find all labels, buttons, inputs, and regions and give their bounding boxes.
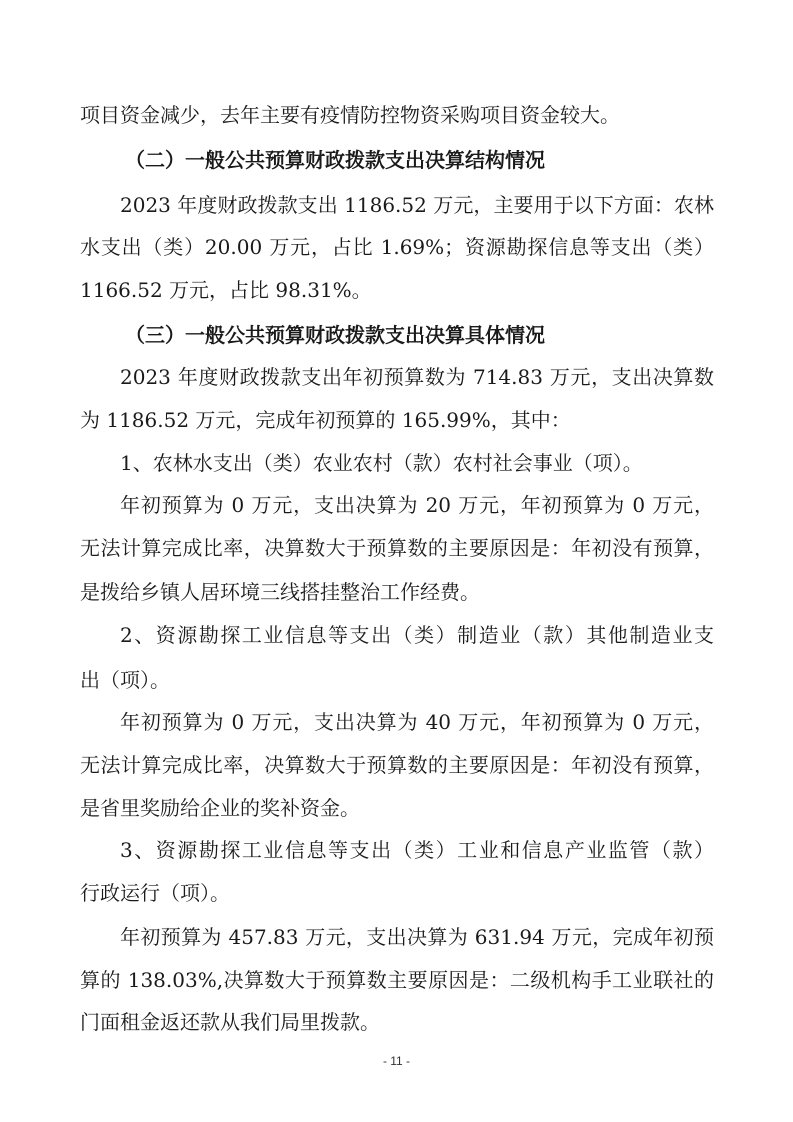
paragraph-line: 无法计算完成比率，决算数大于预算数的主要原因是：年初没有预算， xyxy=(80,751,714,779)
page-number: - 11 - xyxy=(0,1054,793,1068)
paragraph-line: 是拨给乡镇人居环境三线搭挂整治工作经费。 xyxy=(80,578,714,606)
paragraph-line: 年初预算为 0 万元，支出决算为 40 万元，年初预算为 0 万元， xyxy=(120,708,714,736)
section-heading-2: （二）一般公共预算财政拨款支出决算结构情况 xyxy=(125,146,545,174)
item-3-title: 3、资源勘探工业信息等支出（类）工业和信息产业监管（款） xyxy=(120,836,714,864)
paragraph-line: 是省里奖励给企业的奖补资金。 xyxy=(80,794,714,822)
section-heading-3: （三）一般公共预算财政拨款支出决算具体情况 xyxy=(125,321,545,349)
paragraph-line: 算的 138.03%,决算数大于预算数主要原因是：二级机构手工业联社的 xyxy=(80,966,714,994)
paragraph-line: 项目资金减少，去年主要有疫情防控物资采购项目资金较大。 xyxy=(80,101,714,129)
paragraph-line: 2023 年度财政拨款支出年初预算数为 714.83 万元，支出决算数 xyxy=(120,363,714,391)
paragraph-line: 年初预算为 457.83 万元，支出决算为 631.94 万元，完成年初预 xyxy=(120,923,714,951)
item-3-title-cont: 行政运行（项）。 xyxy=(80,879,714,907)
document-page: 项目资金减少，去年主要有疫情防控物资采购项目资金较大。 （二）一般公共预算财政拨… xyxy=(0,0,793,1122)
paragraph-line: 为 1186.52 万元，完成年初预算的 165.99%，其中： xyxy=(80,406,714,434)
item-2-title: 2、资源勘探工业信息等支出（类）制造业（款）其他制造业支 xyxy=(120,621,714,649)
paragraph-line: 水支出（类）20.00 万元，占比 1.69%；资源勘探信息等支出（类） xyxy=(80,233,714,261)
item-2-title-cont: 出（项）。 xyxy=(80,666,714,694)
paragraph-line: 年初预算为 0 万元，支出决算为 20 万元，年初预算为 0 万元， xyxy=(120,491,714,519)
paragraph-line: 1166.52 万元，占比 98.31%。 xyxy=(80,276,714,304)
paragraph-line: 门面租金返还款从我们局里拨款。 xyxy=(80,1008,714,1036)
item-1-title: 1、农林水支出（类）农业农村（款）农村社会事业（项）。 xyxy=(120,449,714,477)
paragraph-line: 无法计算完成比率，决算数大于预算数的主要原因是：年初没有预算， xyxy=(80,534,714,562)
paragraph-line: 2023 年度财政拨款支出 1186.52 万元，主要用于以下方面：农林 xyxy=(120,191,714,219)
